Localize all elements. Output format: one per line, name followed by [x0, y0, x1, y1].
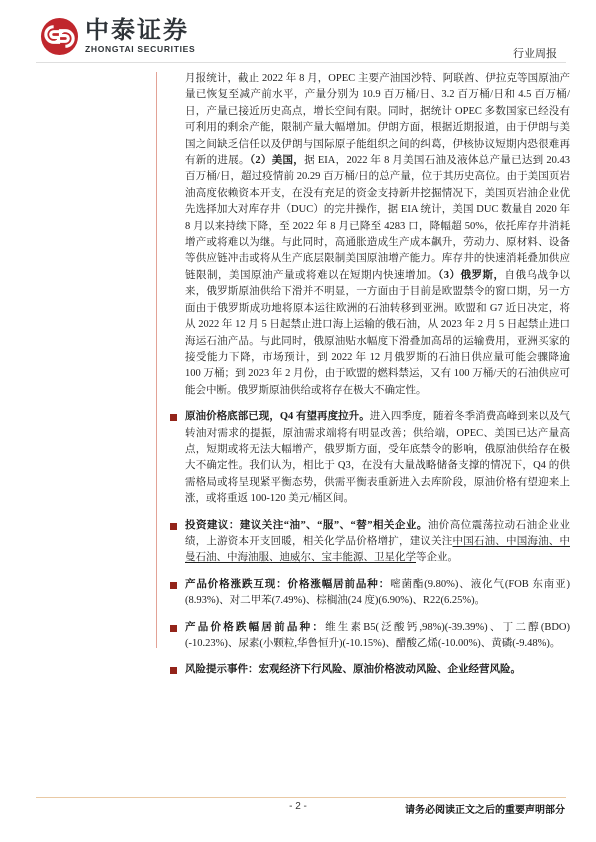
bullet-item-oil-price: 原油价格底部已现，Q4 有望再度拉升。进入四季度，随着冬季消费高峰到来以及气转油… — [170, 409, 574, 507]
intro-text: 月报统计，截止 2022 年 8 月，OPEC 主要产油国沙特、阿联酋、伊拉克等… — [185, 73, 570, 166]
brand-name-en: ZHONGTAI SECURITIES — [85, 44, 195, 54]
bullet-square-icon — [170, 625, 177, 632]
left-accent-line — [156, 72, 157, 648]
bullet-item-risk-warning: 风险提示事件：宏观经济下行风险、原油价格波动风险、企业经营风险。 — [170, 662, 574, 678]
bullet-square-icon — [170, 582, 177, 589]
report-type-label: 行业周报 — [513, 45, 557, 61]
usa-lead: （2）美国， — [250, 155, 304, 166]
oil-price-lead: 原油价格底部已现，Q4 有望再度拉升。 — [185, 411, 370, 422]
bullet-item-investment-advice: 投资建议：建议关注“油”、“服”、“替”相关企业。油价高位震荡拉动石油企业业绩，… — [170, 518, 574, 567]
russia-lead: （3）俄罗斯， — [438, 270, 505, 281]
report-body: 月报统计，截止 2022 年 8 月，OPEC 主要产油国沙特、阿联酋、伊拉克等… — [158, 71, 574, 689]
zhongtai-logo-icon — [40, 17, 79, 56]
advice-lead: 投资建议：建议关注“油”、“服”、“替”相关企业。 — [185, 520, 428, 531]
gainers-lead: 产品价格涨跌互现：价格涨幅居前品种： — [185, 579, 390, 590]
footer-divider — [36, 797, 566, 798]
russia-text: 自俄乌战争以来，俄罗斯原油供给下滑并不明显，一方面由于目前是欧盟禁令的窗口期，另… — [185, 270, 570, 396]
advice-tail: 等企业。 — [416, 552, 458, 563]
brand-text: 中泰证券 ZHONGTAI SECURITIES — [85, 17, 195, 54]
intro-paragraph: 月报统计，截止 2022 年 8 月，OPEC 主要产油国沙特、阿联酋、伊拉克等… — [185, 71, 570, 399]
header: 中泰证券 ZHONGTAI SECURITIES 行业周报 — [0, 0, 596, 62]
footer-disclaimer: 请务必阅读正文之后的重要声明部分 — [405, 801, 565, 816]
bullet-item-price-losers: 产品价格跌幅居前品种：维生素B5(泛酸钙,98%)(-39.39%)、丁二醇(B… — [170, 620, 574, 653]
risk-warning-text: 风险提示事件：宏观经济下行风险、原油价格波动风险、企业经营风险。 — [185, 664, 521, 675]
usa-text: 据 EIA，2022 年 8 月美国石油及液体总产量已达到 20.43 百万桶/… — [185, 155, 570, 281]
bullet-item-price-gainers: 产品价格涨跌互现：价格涨幅居前品种：嘧菌酯(9.80%)、液化气(FOB 东南亚… — [170, 577, 574, 610]
report-page: 中泰证券 ZHONGTAI SECURITIES 行业周报 月报统计，截止 20… — [0, 0, 596, 842]
bullet-square-icon — [170, 667, 177, 674]
bullet-square-icon — [170, 523, 177, 530]
brand-logo: 中泰证券 ZHONGTAI SECURITIES — [40, 17, 195, 56]
losers-lead: 产品价格跌幅居前品种： — [185, 622, 325, 633]
bullet-square-icon — [170, 414, 177, 421]
header-divider — [36, 62, 566, 63]
brand-name-cn: 中泰证券 — [85, 18, 195, 44]
oil-price-text: 进入四季度，随着冬季消费高峰到来以及气转油对需求的提振，原油需求端将有明显改善；… — [185, 411, 570, 504]
